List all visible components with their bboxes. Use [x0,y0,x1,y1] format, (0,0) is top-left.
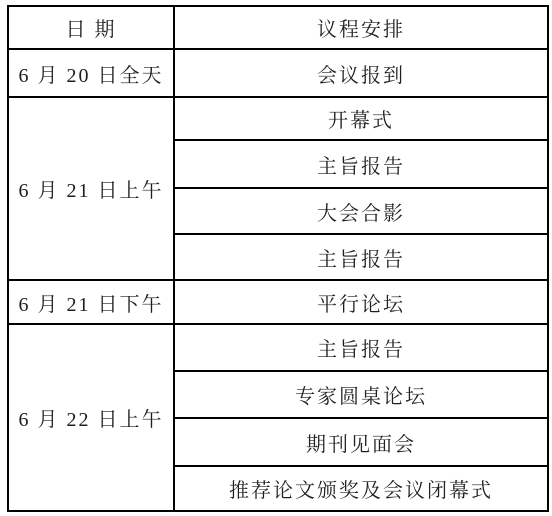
header-row: 日 期 议程安排 [8,6,548,49]
table-row: 6 月 22 日上午 主旨报告 [8,324,548,371]
agenda-cell-opening-ceremony: 开幕式 [174,97,548,140]
conference-schedule-table: 日 期 议程安排 6 月 20 日全天 会议报到 6 月 21 日上午 开幕式 … [7,5,549,512]
date-cell-june21-morning: 6 月 21 日上午 [8,97,174,280]
header-cell-agenda: 议程安排 [174,6,548,49]
agenda-cell-awards-closing: 推荐论文颁奖及会议闭幕式 [174,466,548,511]
agenda-cell-registration: 会议报到 [174,49,548,97]
date-cell-june20-allday: 6 月 20 日全天 [8,49,174,97]
agenda-cell-keynote-2: 主旨报告 [174,234,548,280]
table-row: 6 月 21 日上午 开幕式 [8,97,548,140]
date-cell-june22-morning: 6 月 22 日上午 [8,324,174,511]
agenda-cell-keynote-3: 主旨报告 [174,324,548,371]
date-cell-june21-afternoon: 6 月 21 日下午 [8,280,174,324]
header-cell-date: 日 期 [8,6,174,49]
agenda-cell-keynote-1: 主旨报告 [174,140,548,188]
agenda-cell-journal-meeting: 期刊见面会 [174,418,548,466]
agenda-cell-group-photo: 大会合影 [174,188,548,234]
table-row: 6 月 21 日下午 平行论坛 [8,280,548,324]
document-page: 日 期 议程安排 6 月 20 日全天 会议报到 6 月 21 日上午 开幕式 … [0,0,552,516]
agenda-cell-parallel-forums: 平行论坛 [174,280,548,324]
table-row: 6 月 20 日全天 会议报到 [8,49,548,97]
agenda-cell-expert-roundtable: 专家圆桌论坛 [174,371,548,418]
